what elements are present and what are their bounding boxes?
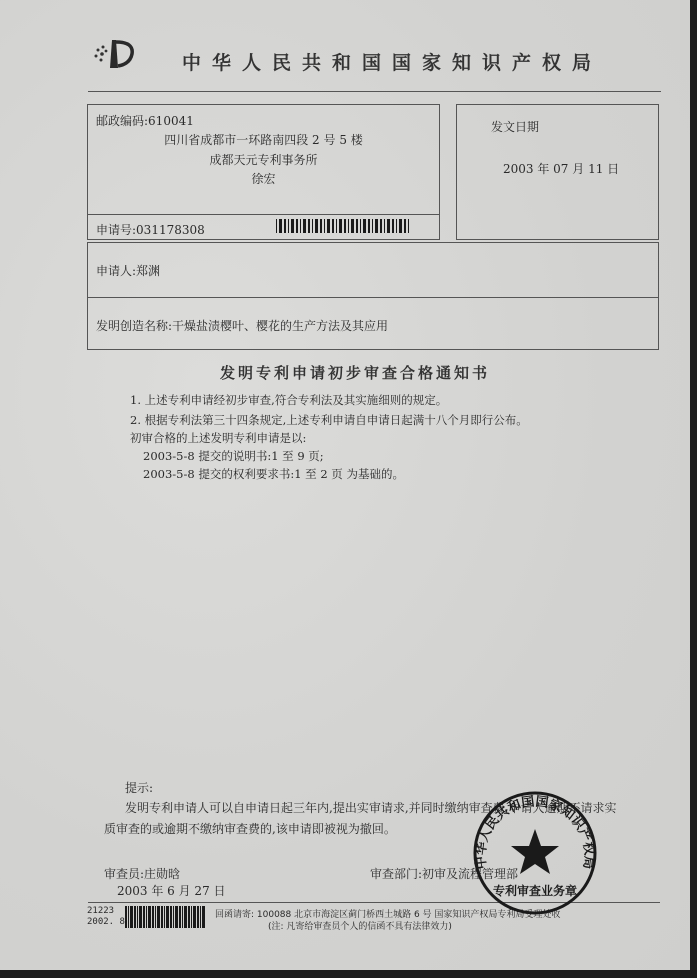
recipient-address: 四川省成都市一环路南四段 2 号 5 楼 <box>88 131 439 148</box>
sipo-emblem-icon <box>90 36 138 72</box>
postal-code-label: 邮政编码: <box>96 114 148 128</box>
return-note: (注: 凡寄给审查员个人的信函不具有法律效力) <box>268 919 452 932</box>
tip-text: 质审查的或逾期不缴纳审查费的,该申请即被视为撤回。 <box>104 820 396 837</box>
recipient-agency: 成都天元专利事务所 <box>88 151 439 168</box>
organization-title: 中华人民共和国国家知识产权局 <box>182 48 602 75</box>
applicant-value: 郑渊 <box>136 264 160 278</box>
applicant-label: 申请人: <box>96 264 136 278</box>
star-icon <box>511 829 559 874</box>
postal-code: 邮政编码:610041 <box>96 112 194 129</box>
form-barcode <box>125 906 205 928</box>
form-code: 21223 2002. 8 <box>87 906 125 928</box>
form-code-number: 21223 <box>87 906 125 917</box>
notice-line: 2. 根据专利法第三十四条规定,上述专利申请自申请日起满十八个月即行公布。 <box>130 412 528 428</box>
document-page: 中华人民共和国国家知识产权局 邮政编码:610041 四川省成都市一环路南四段 … <box>0 0 690 970</box>
application-number-value: 031178308 <box>136 223 205 237</box>
notice-line: 1. 上述专利申请经初步审查,符合专利法及其实施细则的规定。 <box>130 392 447 408</box>
recipient-name: 徐宏 <box>88 170 439 187</box>
invention-value: 干燥盐渍樱叶、樱花的生产方法及其应用 <box>172 319 388 333</box>
recipient-divider <box>88 214 439 215</box>
notice-line: 初审合格的上述发明专利申请是以: <box>130 430 306 446</box>
issue-date-label: 发文日期 <box>491 118 539 135</box>
postal-code-value: 610041 <box>148 114 194 128</box>
form-version: 2002. 8 <box>87 917 125 928</box>
notice-line: 2003-5-8 提交的权利要求书:1 至 2 页 为基础的。 <box>143 466 404 482</box>
notice-title: 发明专利申请初步审查合格通知书 <box>220 362 490 383</box>
department-label: 审查部门: <box>370 867 422 881</box>
issue-date-box: 发文日期 2003 年 07 月 11 日 <box>456 104 659 240</box>
header-divider <box>88 91 661 92</box>
application-number-label: 申请号: <box>96 223 136 237</box>
info-divider <box>88 297 658 298</box>
tip-label: 提示: <box>125 779 153 796</box>
application-info-box: 申请人:郑渊 发明创造名称:干燥盐渍樱叶、樱花的生产方法及其应用 <box>87 242 659 350</box>
application-number: 申请号:031178308 <box>96 221 205 238</box>
applicant: 申请人:郑渊 <box>96 262 160 279</box>
examiner-label: 审查员: <box>104 867 144 881</box>
examiner-name: 庄勋晗 <box>144 867 180 881</box>
official-seal: 中华人民共和国国家知识产权局 专利审查业务章 <box>471 789 599 917</box>
invention-label: 发明创造名称: <box>96 319 172 333</box>
notice-line: 2003-5-8 提交的说明书:1 至 9 页; <box>143 448 324 464</box>
application-barcode <box>276 219 411 233</box>
recipient-box: 邮政编码:610041 四川省成都市一环路南四段 2 号 5 楼 成都天元专利事… <box>87 104 440 240</box>
seal-inner-text: 专利审查业务章 <box>493 883 577 898</box>
examination-date: 2003 年 6 月 27 日 <box>117 882 226 899</box>
examiner: 审查员:庄勋晗 <box>104 865 180 882</box>
invention-title: 发明创造名称:干燥盐渍樱叶、樱花的生产方法及其应用 <box>96 317 388 334</box>
issue-date-value: 2003 年 07 月 11 日 <box>503 160 619 177</box>
